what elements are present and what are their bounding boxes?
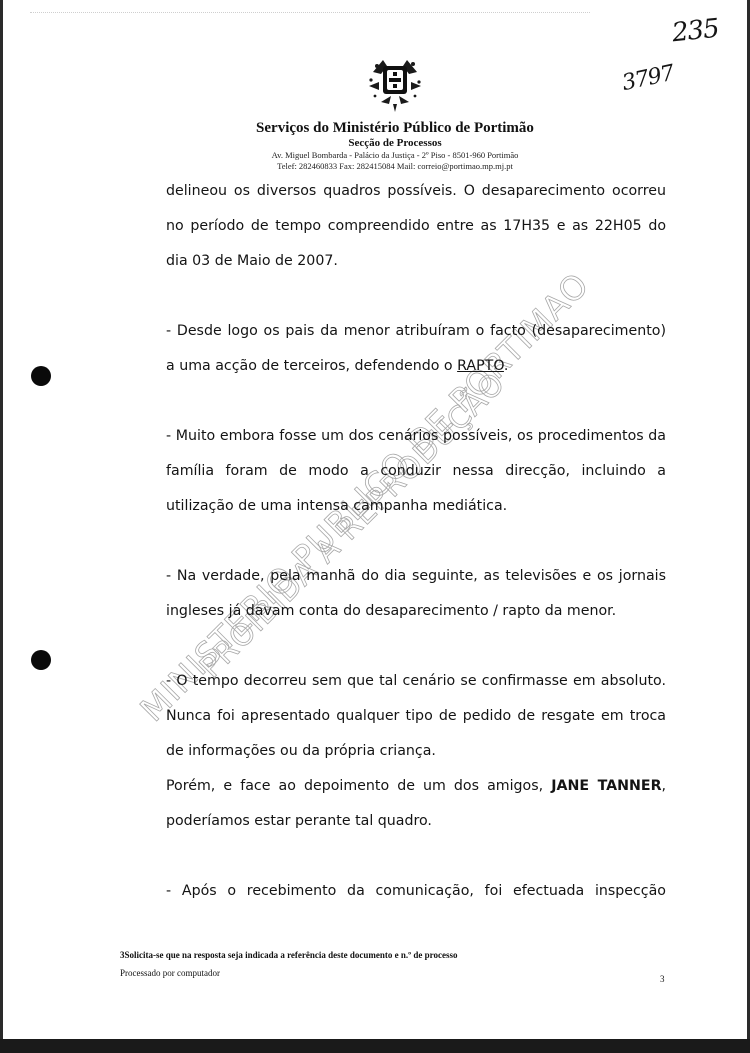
scan-bottom-border <box>0 1039 750 1053</box>
section-name: Secção de Processos <box>150 137 640 150</box>
scan-noise <box>30 12 590 15</box>
paragraph-timeline: delineou os diversos quadros possíveis. … <box>166 174 666 279</box>
paragraph-family-procedures: - Muito embora fosse um dos cenários pos… <box>166 419 666 524</box>
scan-left-border <box>0 0 3 1040</box>
footer-processed-by: Processado por computador <box>120 966 457 980</box>
footer-reference-note: 3Solicita-se que na resposta seja indica… <box>120 948 457 962</box>
footer: 3Solicita-se que na resposta seja indica… <box>120 948 457 980</box>
letterhead: Serviços do Ministério Público de Portim… <box>150 52 640 172</box>
handwritten-folio-number: 235 <box>671 14 721 49</box>
contact-line: Telef: 282460833 Fax: 282415084 Mail: co… <box>150 161 640 172</box>
paragraph-inspection: - Após o recebimento da comunicação, foi… <box>166 874 666 909</box>
paragraph-parents-abduction: - Desde logo os pais da menor atribuíram… <box>166 314 666 384</box>
punch-hole-bottom <box>31 650 51 670</box>
paragraph-jane-tanner: Porém, e face ao depoimento de um dos am… <box>166 769 666 839</box>
document-body: delineou os diversos quadros possíveis. … <box>166 174 666 909</box>
underlined-rapto: RAPTO <box>457 358 504 374</box>
paragraph-no-ransom: - O tempo decorreu sem que tal cenário s… <box>166 664 666 769</box>
page-number: 3 <box>660 974 665 984</box>
address-line: Av. Miguel Bombarda - Palácio da Justiça… <box>150 150 640 161</box>
bold-name: JANE TANNER <box>551 778 661 794</box>
punch-hole-top <box>31 366 51 386</box>
organization-name: Serviços do Ministério Público de Portim… <box>150 120 640 137</box>
coat-of-arms-icon <box>363 52 427 114</box>
paragraph-media-coverage: - Na verdade, pela manhã do dia seguinte… <box>166 559 666 629</box>
